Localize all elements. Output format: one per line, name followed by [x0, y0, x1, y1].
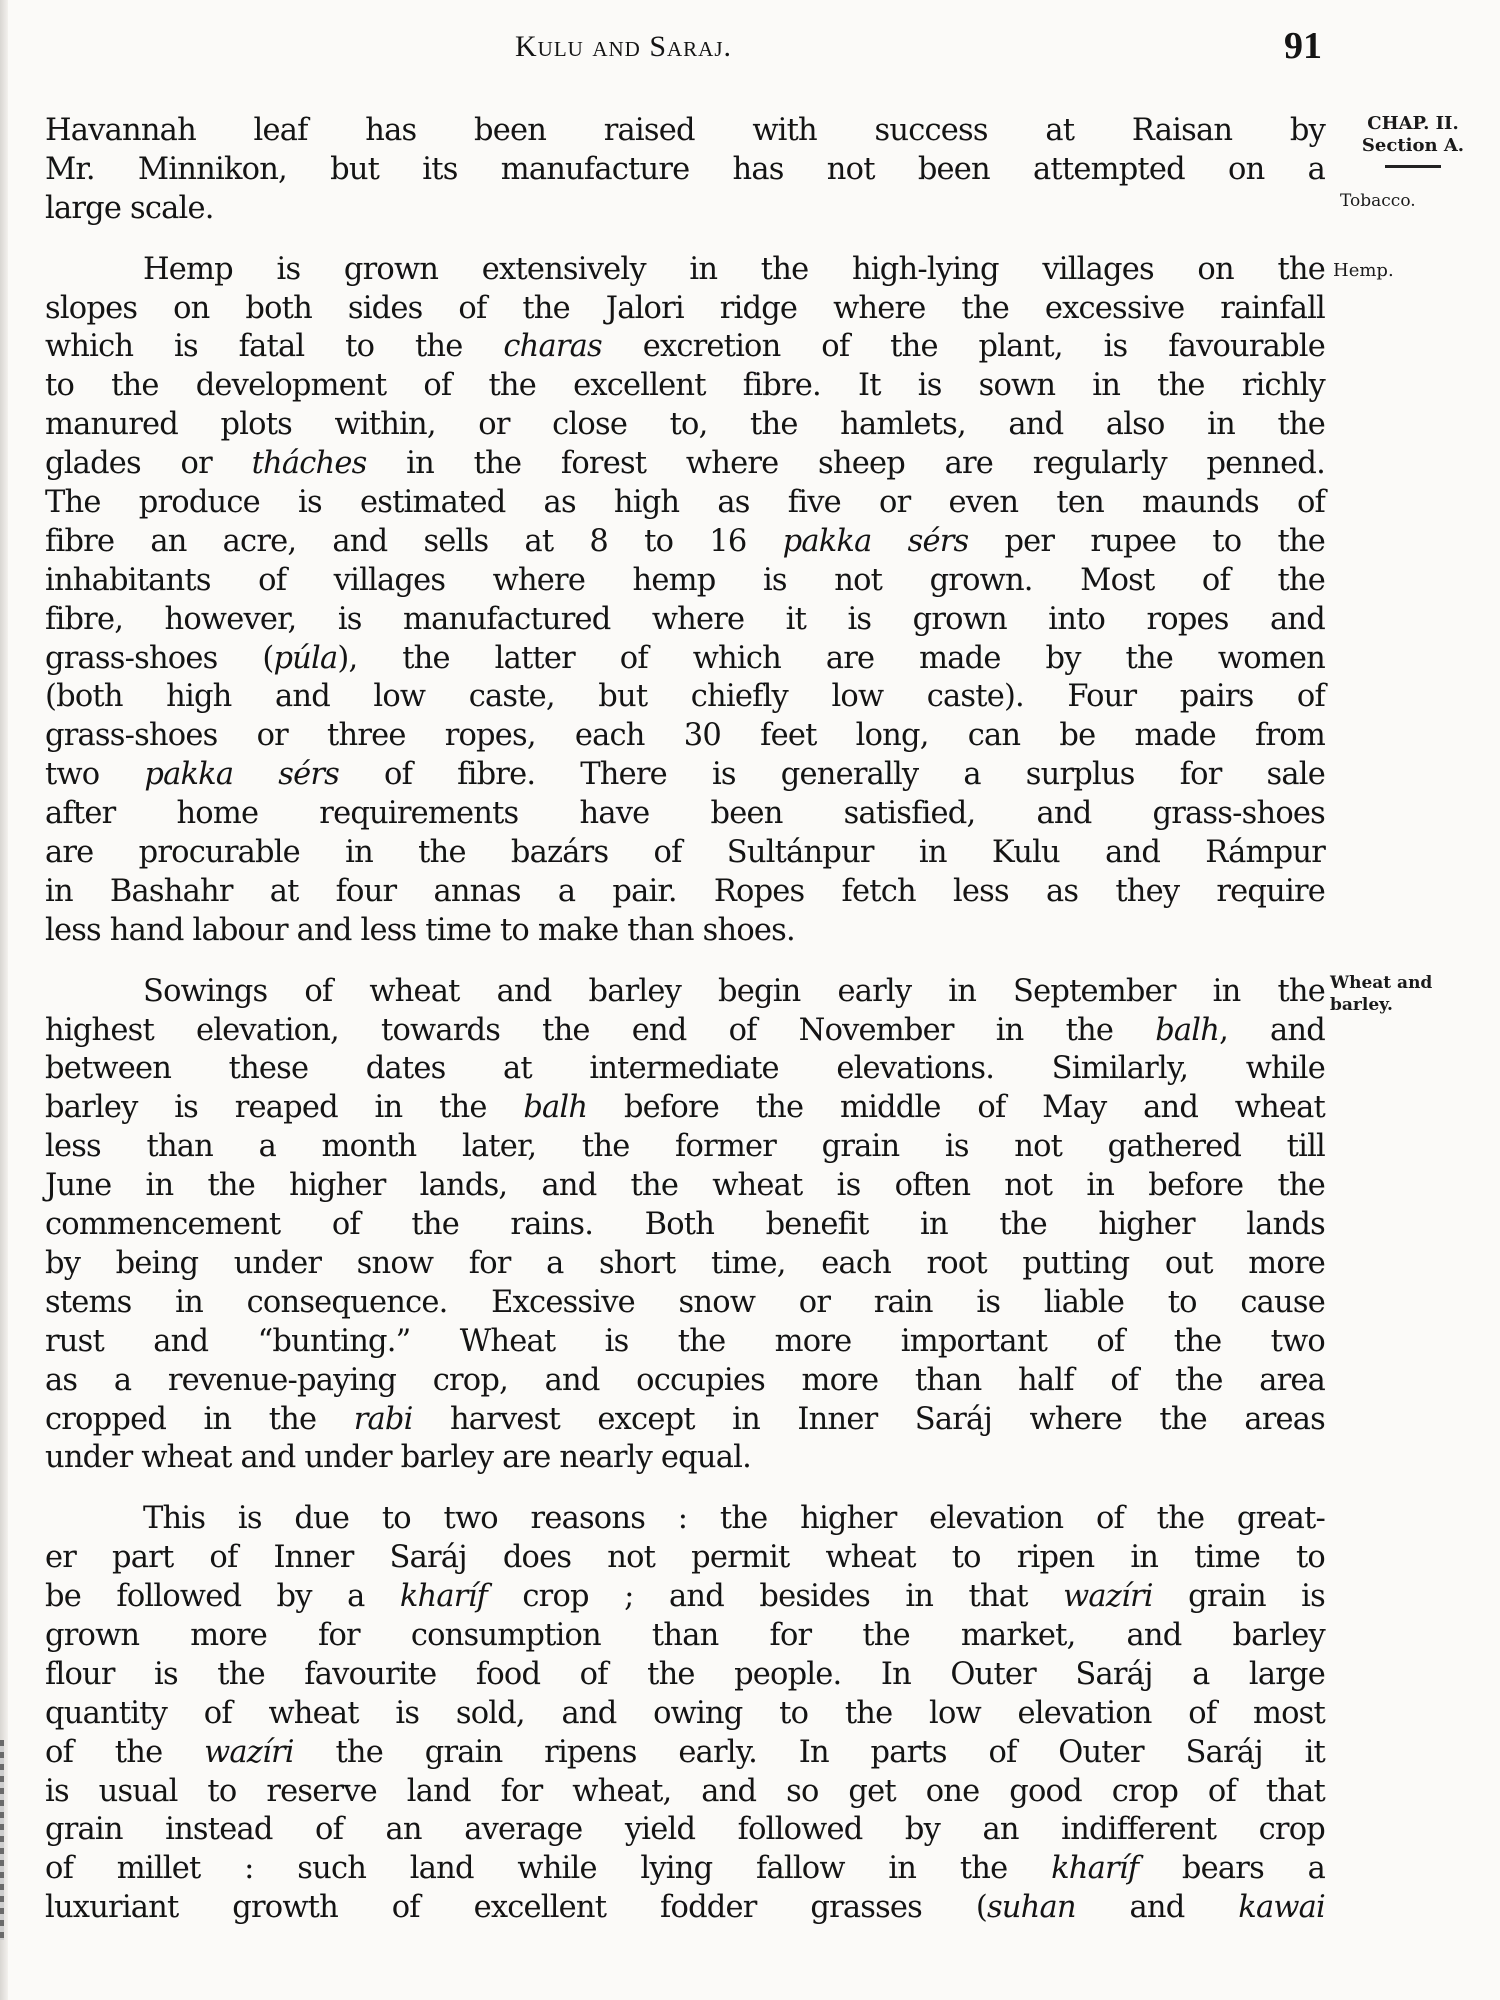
text-line: grass-shoes or three ropes, each 30 feet… [45, 717, 1325, 756]
italic-term: tháches [252, 446, 367, 481]
text-line: grass-shoes (púla), the latter of which … [45, 640, 1325, 679]
paragraph-tobacco: Havannah leaf has been raised with succe… [45, 112, 1325, 229]
section-label: Section A. [1360, 135, 1466, 157]
chapter-label: CHAP. II. [1360, 113, 1466, 135]
text-line: between these dates at intermediate elev… [45, 1050, 1325, 1089]
text-line: large scale. [45, 190, 1325, 229]
text-line: highest elevation, towards the end of No… [45, 1012, 1325, 1051]
text-line: less hand labour and less time to make t… [45, 912, 1325, 951]
text-line: fibre an acre, and sells at 8 to 16 pakk… [45, 523, 1325, 562]
text-line: are procurable in the bazárs of Sultánpu… [45, 834, 1325, 873]
italic-term: kawai [1238, 1890, 1325, 1925]
text-line: as a revenue-paying crop, and occupies m… [45, 1362, 1325, 1401]
paragraph-hemp: Hemp is grown extensively in the high-ly… [45, 251, 1325, 951]
marginal-chapter-note: CHAP. II. Section A. [1360, 113, 1466, 178]
italic-term: suhan [987, 1890, 1076, 1925]
italic-term: rabi [354, 1402, 413, 1437]
page-edge [0, 0, 8, 2000]
text-line: glades or tháches in the forest where sh… [45, 445, 1325, 484]
text-line: er part of Inner Saráj does not permit w… [45, 1539, 1325, 1578]
text-line: grown more for consumption than for the … [45, 1617, 1325, 1656]
body-text: Havannah leaf has been raised with succe… [45, 112, 1325, 1950]
italic-term: wazíri [204, 1735, 294, 1770]
italic-term: kharíf [1051, 1851, 1138, 1886]
text-line: grain instead of an average yield follow… [45, 1811, 1325, 1850]
paragraph-reasons: This is due to two reasons : the higher … [45, 1500, 1325, 1928]
text-line: in Bashahr at four annas a pair. Ropes f… [45, 873, 1325, 912]
text-line: flour is the favourite food of the peopl… [45, 1656, 1325, 1695]
text-line: Sowings of wheat and barley begin early … [45, 973, 1325, 1012]
text-line: barley is reaped in the balh before the … [45, 1089, 1325, 1128]
text-line: less than a month later, the former grai… [45, 1128, 1325, 1167]
text-line: (both high and low caste, but chiefly lo… [45, 678, 1325, 717]
marginal-note-hemp: Hemp. [1333, 260, 1394, 282]
text-line: Mr. Minnikon, but its manufacture has no… [45, 151, 1325, 190]
marginal-note-tobacco: Tobacco. [1340, 190, 1416, 212]
running-title: Kulu and Saraj. [515, 30, 732, 64]
italic-term: balh [523, 1090, 587, 1125]
marginal-wheat-line2: barley. [1330, 994, 1432, 1016]
text-line: This is due to two reasons : the higher … [45, 1500, 1325, 1539]
italic-term: kharíf [400, 1579, 487, 1614]
text-line: luxuriant growth of excellent fodder gra… [45, 1889, 1325, 1928]
italic-term: púla [273, 641, 337, 676]
text-line: be followed by a kharíf crop ; and besid… [45, 1578, 1325, 1617]
marginal-note-wheat-barley: Wheat and barley. [1330, 972, 1432, 1016]
text-line: cropped in the rabi harvest except in In… [45, 1401, 1325, 1440]
text-line: The produce is estimated as high as five… [45, 484, 1325, 523]
italic-term: balh [1155, 1013, 1219, 1048]
text-line: inhabitants of villages where hemp is no… [45, 562, 1325, 601]
text-line: fibre, however, is manufactured where it… [45, 601, 1325, 640]
text-line: by being under snow for a short time, ea… [45, 1245, 1325, 1284]
text-line: of the wazíri the grain ripens early. In… [45, 1734, 1325, 1773]
paragraph-wheat-barley: Sowings of wheat and barley begin early … [45, 973, 1325, 1479]
text-line: is usual to reserve land for wheat, and … [45, 1773, 1325, 1812]
text-line: stems in consequence. Excessive snow or … [45, 1284, 1325, 1323]
italic-term: wazíri [1063, 1579, 1153, 1614]
text-line: rust and “bunting.” Wheat is the more im… [45, 1323, 1325, 1362]
marginal-rule [1385, 165, 1441, 168]
text-line: Hemp is grown extensively in the high-ly… [45, 251, 1325, 290]
italic-term: pakka sérs [783, 524, 969, 559]
binding-edge [0, 1740, 4, 1940]
text-line: quantity of wheat is sold, and owing to … [45, 1695, 1325, 1734]
text-line: which is fatal to the charas excretion o… [45, 328, 1325, 367]
text-line: manured plots within, or close to, the h… [45, 406, 1325, 445]
text-line: after home requirements have been satisf… [45, 795, 1325, 834]
text-line: June in the higher lands, and the wheat … [45, 1167, 1325, 1206]
page-number: 91 [1284, 24, 1322, 68]
italic-term: pakka sérs [144, 757, 339, 792]
text-line: Havannah leaf has been raised with succe… [45, 112, 1325, 151]
text-line: two pakka sérs of fibre. There is genera… [45, 756, 1325, 795]
text-line: of millet : such land while lying fallow… [45, 1850, 1325, 1889]
text-line: commencement of the rains. Both benefit … [45, 1206, 1325, 1245]
marginal-wheat-line1: Wheat and [1330, 972, 1432, 994]
text-line: to the development of the excellent fibr… [45, 367, 1325, 406]
text-line: slopes on both sides of the Jalori ridge… [45, 290, 1325, 329]
text-line: under wheat and under barley are nearly … [45, 1439, 1325, 1478]
italic-term: charas [503, 329, 602, 364]
